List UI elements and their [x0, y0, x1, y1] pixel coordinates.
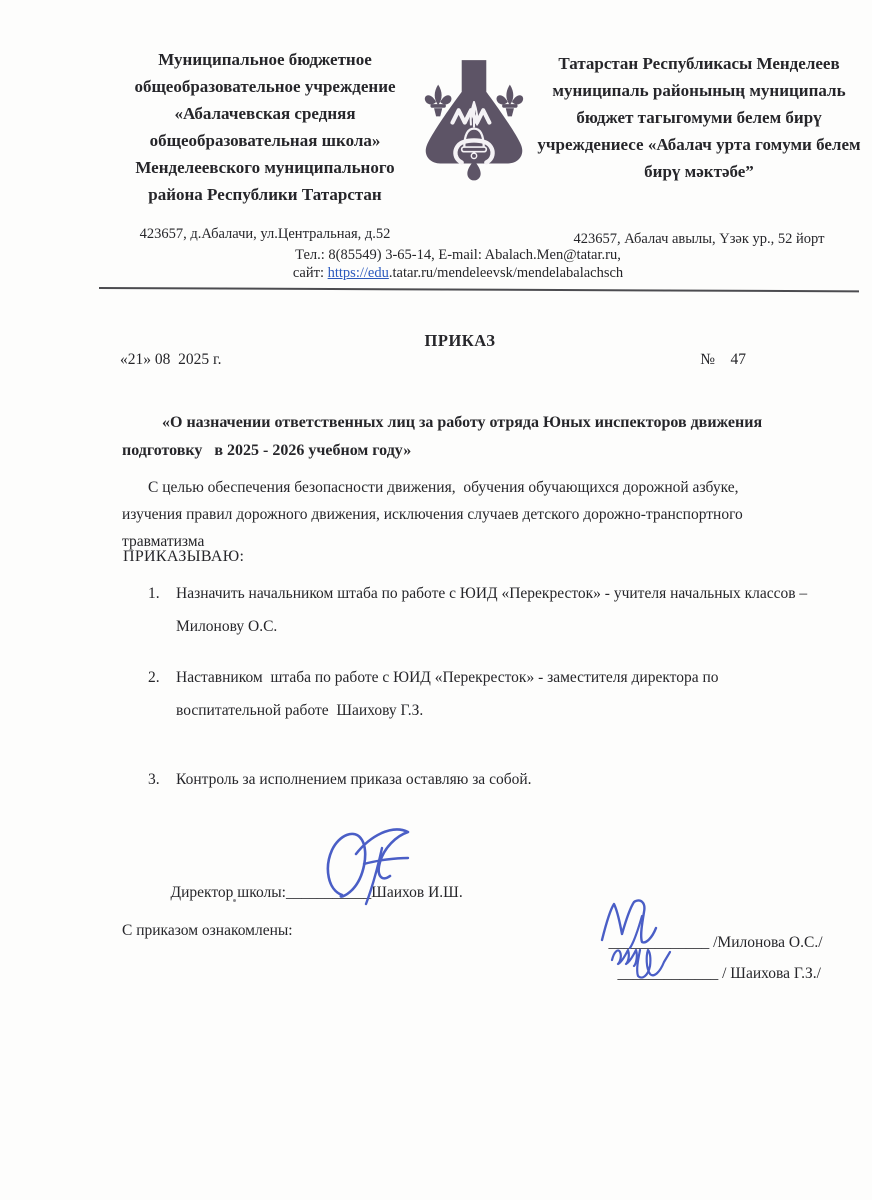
order-item-2: 2. Наставником штаба по работе с ЮИД «Пе…	[148, 661, 814, 727]
scan-artifact-dot	[233, 899, 236, 902]
date-number-row: «21» 08 2025 г. № 47	[120, 351, 746, 369]
address-russian: 423657, д.Абалачи, ул.Центральная, д.52	[108, 226, 422, 243]
item-number: 3.	[148, 763, 176, 796]
item-text: Контроль за исполнением приказа оставляю…	[176, 763, 814, 796]
order-title: ПРИКАЗ	[120, 331, 800, 351]
site-link: https://edu	[328, 265, 389, 281]
org-name-russian: Муниципальное бюджетное общеобразователь…	[108, 46, 422, 208]
order-date: «21» 08 2025 г.	[120, 351, 221, 369]
scanned-order-document: Муниципальное бюджетное общеобразователь…	[0, 0, 872, 1200]
acknowledged-label: С приказом ознакомлены:	[122, 922, 293, 940]
signature-line: ___________	[286, 884, 371, 901]
contact-site-line: сайт: https://edu.tatar.ru/mendeleevsk/m…	[178, 264, 738, 282]
director-label: Директор школы:	[171, 884, 286, 901]
order-number: № 47	[700, 351, 746, 369]
site-link-rest: .tatar.ru/mendeleevsk/mendelabalachsch	[389, 265, 623, 281]
order-subject: «О назначении ответственных лиц за работ…	[122, 409, 794, 465]
item-text: Назначить начальником штаба по работе с …	[176, 577, 814, 643]
order-preamble: С целью обеспечения безопасности движени…	[122, 474, 794, 555]
ack-name-shaikhova: / Шаихова Г.З./	[722, 965, 821, 982]
item-number: 1.	[148, 577, 176, 643]
org-name-tatar: Татарстан Республикасы Менделеев муницип…	[534, 50, 864, 185]
signature-line: _____________	[618, 965, 723, 982]
order-item-1: 1. Назначить начальником штаба по работе…	[148, 577, 814, 643]
header-divider-line	[99, 287, 859, 292]
director-signature-row: Директор школы:___________Шаихов И.Ш.	[155, 866, 463, 920]
coat-of-arms-emblem	[417, 57, 531, 185]
item-number: 2.	[148, 661, 176, 727]
contact-info: Тел.: 8(85549) 3-65-14, E-mail: Abalach.…	[178, 246, 738, 282]
item-text: Наставником штаба по работе с ЮИД «Перек…	[176, 661, 814, 727]
contact-phone-email: Тел.: 8(85549) 3-65-14, E-mail: Abalach.…	[178, 246, 738, 264]
site-label: сайт:	[293, 265, 328, 281]
order-item-3: 3. Контроль за исполнением приказа остав…	[148, 763, 814, 796]
ack-row-shaikhova: _____________ / Шаихова Г.З./	[602, 947, 821, 1001]
decree-word: ПРИКАЗЫВАЮ:	[123, 548, 244, 566]
director-name: Шаихов И.Ш.	[371, 884, 463, 901]
